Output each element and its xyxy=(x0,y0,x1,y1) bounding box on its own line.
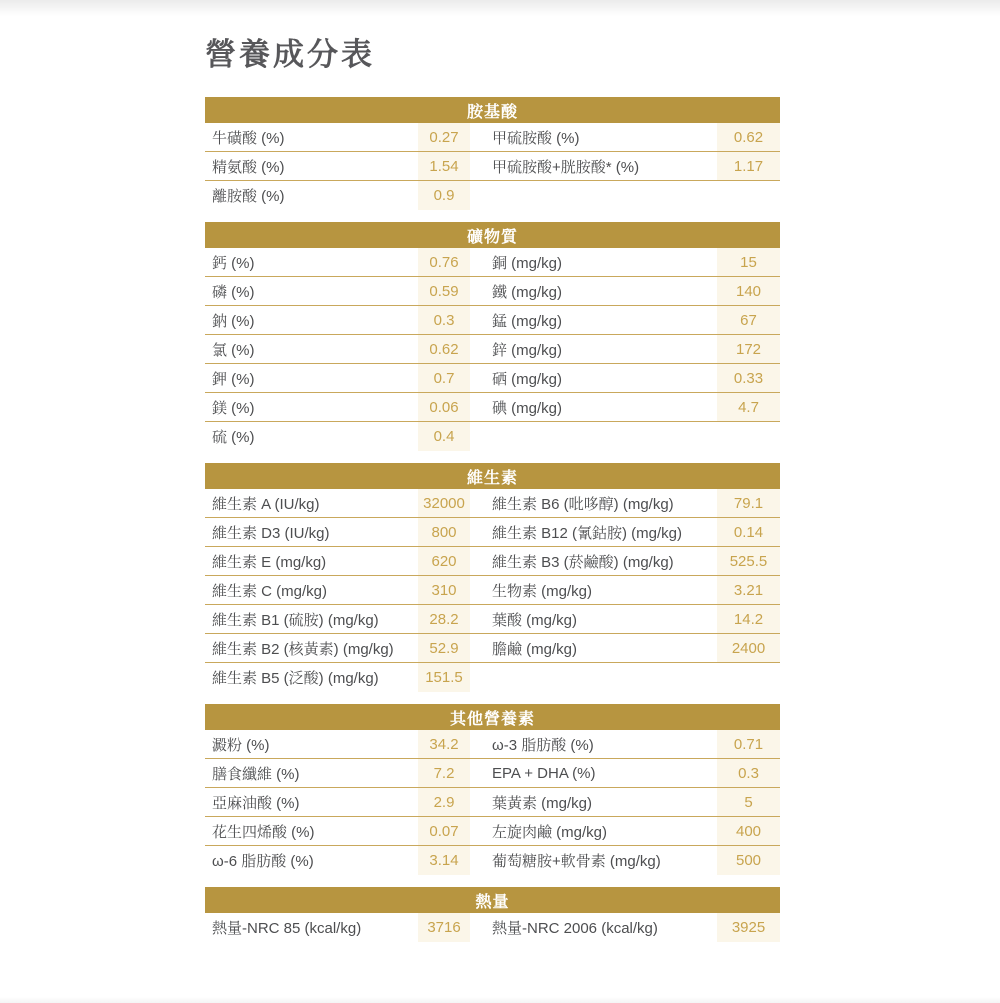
nutrition-section: 礦物質鈣 (%)0.76銅 (mg/kg)15磷 (%)0.59鐵 (mg/kg… xyxy=(205,222,780,451)
nutrient-value: 0.9 xyxy=(418,181,470,210)
nutrient-label: 磷 (%) xyxy=(205,277,418,305)
nutrient-value xyxy=(717,422,780,451)
table-row: 維生素 A (IU/kg)32000維生素 B6 (吡哆醇) (mg/kg)79… xyxy=(205,489,780,518)
nutrient-label: 葉酸 (mg/kg) xyxy=(492,605,717,633)
nutrient-value: 79.1 xyxy=(717,489,780,517)
nutrient-label: ω-6 脂肪酸 (%) xyxy=(205,846,418,875)
nutrient-label: 維生素 B2 (核黃素) (mg/kg) xyxy=(205,634,418,662)
nutrient-value: 151.5 xyxy=(418,663,470,692)
section-header: 維生素 xyxy=(205,463,780,489)
nutrient-value xyxy=(717,663,780,692)
nutrient-label: 維生素 D3 (IU/kg) xyxy=(205,518,418,546)
nutrient-label: 硫 (%) xyxy=(205,422,418,451)
table-row: 維生素 B2 (核黃素) (mg/kg)52.9膽鹼 (mg/kg)2400 xyxy=(205,634,780,663)
nutrient-value: 0.3 xyxy=(418,306,470,334)
page-top-shadow xyxy=(0,0,1000,16)
nutrient-label xyxy=(492,663,717,692)
nutrient-value: 310 xyxy=(418,576,470,604)
table-row: 鎂 (%)0.06碘 (mg/kg)4.7 xyxy=(205,393,780,422)
table-row: 維生素 E (mg/kg)620維生素 B3 (菸鹼酸) (mg/kg)525.… xyxy=(205,547,780,576)
nutrient-value: 0.71 xyxy=(717,730,780,758)
nutrient-label: 鋅 (mg/kg) xyxy=(492,335,717,363)
nutrient-label: 膽鹼 (mg/kg) xyxy=(492,634,717,662)
nutrient-value: 0.07 xyxy=(418,817,470,845)
nutrient-value: 28.2 xyxy=(418,605,470,633)
nutrient-value: 800 xyxy=(418,518,470,546)
nutrient-value: 0.14 xyxy=(717,518,780,546)
nutrient-value: 0.59 xyxy=(418,277,470,305)
section-header: 其他營養素 xyxy=(205,704,780,730)
nutrient-value: 2400 xyxy=(717,634,780,662)
nutrient-label: 維生素 B5 (泛酸) (mg/kg) xyxy=(205,663,418,692)
table-row: 維生素 D3 (IU/kg)800維生素 B12 (氰鈷胺) (mg/kg)0.… xyxy=(205,518,780,547)
nutrient-value: 0.62 xyxy=(717,123,780,151)
nutrient-value: 620 xyxy=(418,547,470,575)
column-gap xyxy=(470,730,492,758)
nutrient-value: 172 xyxy=(717,335,780,363)
nutrient-value: 0.7 xyxy=(418,364,470,392)
nutrient-value: 15 xyxy=(717,248,780,276)
nutrient-label: 維生素 C (mg/kg) xyxy=(205,576,418,604)
table-row: 膳食纖維 (%)7.2EPA + DHA (%)0.3 xyxy=(205,759,780,788)
table-row: 熱量-NRC 85 (kcal/kg)3716熱量-NRC 2006 (kcal… xyxy=(205,913,780,942)
table-row: 硫 (%)0.4 xyxy=(205,422,780,451)
table-row: 精氨酸 (%)1.54甲硫胺酸+胱胺酸* (%)1.17 xyxy=(205,152,780,181)
column-gap xyxy=(470,393,492,421)
nutrient-label: 維生素 B12 (氰鈷胺) (mg/kg) xyxy=(492,518,717,546)
nutrient-label: 鈉 (%) xyxy=(205,306,418,334)
column-gap xyxy=(470,248,492,276)
nutrient-value: 14.2 xyxy=(717,605,780,633)
table-row: 牛磺酸 (%)0.27甲硫胺酸 (%)0.62 xyxy=(205,123,780,152)
nutrient-value: 1.54 xyxy=(418,152,470,180)
nutrient-value: 500 xyxy=(717,846,780,875)
section-header: 胺基酸 xyxy=(205,97,780,123)
nutrient-label: 硒 (mg/kg) xyxy=(492,364,717,392)
nutrient-label: 葉黃素 (mg/kg) xyxy=(492,788,717,816)
column-gap xyxy=(470,576,492,604)
nutrient-value: 5 xyxy=(717,788,780,816)
nutrient-label: 氯 (%) xyxy=(205,335,418,363)
nutrient-value: 0.33 xyxy=(717,364,780,392)
column-gap xyxy=(470,123,492,151)
nutrition-page: 營養成分表 胺基酸牛磺酸 (%)0.27甲硫胺酸 (%)0.62精氨酸 (%)1… xyxy=(0,0,1000,1003)
section-header: 熱量 xyxy=(205,887,780,913)
nutrient-label: 花生四烯酸 (%) xyxy=(205,817,418,845)
section-header: 礦物質 xyxy=(205,222,780,248)
nutrient-label: 維生素 E (mg/kg) xyxy=(205,547,418,575)
nutrient-label: 鐵 (mg/kg) xyxy=(492,277,717,305)
nutrient-value: 0.4 xyxy=(418,422,470,451)
nutrient-label: 甲硫胺酸+胱胺酸* (%) xyxy=(492,152,717,180)
page-bottom-shadow xyxy=(0,997,1000,1003)
nutrient-value: 140 xyxy=(717,277,780,305)
column-gap xyxy=(470,489,492,517)
column-gap xyxy=(470,605,492,633)
nutrition-section: 維生素維生素 A (IU/kg)32000維生素 B6 (吡哆醇) (mg/kg… xyxy=(205,463,780,692)
nutrient-label: 生物素 (mg/kg) xyxy=(492,576,717,604)
column-gap xyxy=(470,663,492,692)
column-gap xyxy=(470,277,492,305)
nutrient-label: 甲硫胺酸 (%) xyxy=(492,123,717,151)
column-gap xyxy=(470,547,492,575)
nutrient-value: 3.14 xyxy=(418,846,470,875)
nutrient-label: 精氨酸 (%) xyxy=(205,152,418,180)
table-row: ω-6 脂肪酸 (%)3.14葡萄糖胺+軟骨素 (mg/kg)500 xyxy=(205,846,780,875)
nutrient-label: 熱量-NRC 85 (kcal/kg) xyxy=(205,913,418,942)
nutrient-label: 鎂 (%) xyxy=(205,393,418,421)
nutrient-label: EPA + DHA (%) xyxy=(492,759,717,787)
nutrient-value: 34.2 xyxy=(418,730,470,758)
nutrient-label: 維生素 B6 (吡哆醇) (mg/kg) xyxy=(492,489,717,517)
nutrient-label: 維生素 B1 (硫胺) (mg/kg) xyxy=(205,605,418,633)
table-row: 氯 (%)0.62鋅 (mg/kg)172 xyxy=(205,335,780,364)
nutrient-label: 膳食纖維 (%) xyxy=(205,759,418,787)
nutrient-value: 7.2 xyxy=(418,759,470,787)
column-gap xyxy=(470,634,492,662)
column-gap xyxy=(470,759,492,787)
nutrient-value: 67 xyxy=(717,306,780,334)
column-gap xyxy=(470,913,492,942)
nutrient-label: 碘 (mg/kg) xyxy=(492,393,717,421)
column-gap xyxy=(470,335,492,363)
content-area: 營養成分表 胺基酸牛磺酸 (%)0.27甲硫胺酸 (%)0.62精氨酸 (%)1… xyxy=(205,38,780,954)
nutrient-value: 3925 xyxy=(717,913,780,942)
table-row: 維生素 C (mg/kg)310生物素 (mg/kg)3.21 xyxy=(205,576,780,605)
nutrition-table: 胺基酸牛磺酸 (%)0.27甲硫胺酸 (%)0.62精氨酸 (%)1.54甲硫胺… xyxy=(205,97,780,942)
nutrient-value: 4.7 xyxy=(717,393,780,421)
nutrient-label xyxy=(492,181,717,210)
nutrient-label: 熱量-NRC 2006 (kcal/kg) xyxy=(492,913,717,942)
nutrition-section: 胺基酸牛磺酸 (%)0.27甲硫胺酸 (%)0.62精氨酸 (%)1.54甲硫胺… xyxy=(205,97,780,210)
table-row: 鉀 (%)0.7硒 (mg/kg)0.33 xyxy=(205,364,780,393)
nutrient-label: 亞麻油酸 (%) xyxy=(205,788,418,816)
nutrient-label: ω-3 脂肪酸 (%) xyxy=(492,730,717,758)
nutrient-label: 鈣 (%) xyxy=(205,248,418,276)
table-row: 花生四烯酸 (%)0.07左旋肉鹼 (mg/kg)400 xyxy=(205,817,780,846)
column-gap xyxy=(470,181,492,210)
column-gap xyxy=(470,422,492,451)
nutrient-value: 0.76 xyxy=(418,248,470,276)
table-row: 磷 (%)0.59鐵 (mg/kg)140 xyxy=(205,277,780,306)
table-row: 維生素 B1 (硫胺) (mg/kg)28.2葉酸 (mg/kg)14.2 xyxy=(205,605,780,634)
nutrient-label: 離胺酸 (%) xyxy=(205,181,418,210)
nutrient-value: 0.27 xyxy=(418,123,470,151)
nutrient-label: 葡萄糖胺+軟骨素 (mg/kg) xyxy=(492,846,717,875)
nutrient-value: 32000 xyxy=(418,489,470,517)
table-row: 鈣 (%)0.76銅 (mg/kg)15 xyxy=(205,248,780,277)
table-row: 鈉 (%)0.3錳 (mg/kg)67 xyxy=(205,306,780,335)
nutrient-label: 維生素 A (IU/kg) xyxy=(205,489,418,517)
nutrition-section: 熱量熱量-NRC 85 (kcal/kg)3716熱量-NRC 2006 (kc… xyxy=(205,887,780,942)
nutrient-value: 1.17 xyxy=(717,152,780,180)
column-gap xyxy=(470,817,492,845)
nutrient-value: 3716 xyxy=(418,913,470,942)
nutrient-value: 52.9 xyxy=(418,634,470,662)
page-title: 營養成分表 xyxy=(205,38,780,72)
nutrient-value: 400 xyxy=(717,817,780,845)
nutrient-value: 0.3 xyxy=(717,759,780,787)
nutrient-value: 0.62 xyxy=(418,335,470,363)
column-gap xyxy=(470,788,492,816)
nutrient-value: 3.21 xyxy=(717,576,780,604)
column-gap xyxy=(470,152,492,180)
nutrient-label: 銅 (mg/kg) xyxy=(492,248,717,276)
nutrient-label: 鉀 (%) xyxy=(205,364,418,392)
nutrition-section: 其他營養素澱粉 (%)34.2ω-3 脂肪酸 (%)0.71膳食纖維 (%)7.… xyxy=(205,704,780,875)
nutrient-label: 維生素 B3 (菸鹼酸) (mg/kg) xyxy=(492,547,717,575)
nutrient-label: 牛磺酸 (%) xyxy=(205,123,418,151)
nutrient-value: 525.5 xyxy=(717,547,780,575)
column-gap xyxy=(470,364,492,392)
nutrient-value: 0.06 xyxy=(418,393,470,421)
nutrient-value xyxy=(717,181,780,210)
table-row: 離胺酸 (%)0.9 xyxy=(205,181,780,210)
column-gap xyxy=(470,306,492,334)
column-gap xyxy=(470,518,492,546)
nutrient-value: 2.9 xyxy=(418,788,470,816)
table-row: 澱粉 (%)34.2ω-3 脂肪酸 (%)0.71 xyxy=(205,730,780,759)
nutrient-label: 左旋肉鹼 (mg/kg) xyxy=(492,817,717,845)
nutrient-label: 錳 (mg/kg) xyxy=(492,306,717,334)
nutrient-label: 澱粉 (%) xyxy=(205,730,418,758)
table-row: 亞麻油酸 (%)2.9葉黃素 (mg/kg)5 xyxy=(205,788,780,817)
table-row: 維生素 B5 (泛酸) (mg/kg)151.5 xyxy=(205,663,780,692)
column-gap xyxy=(470,846,492,875)
nutrient-label xyxy=(492,422,717,451)
